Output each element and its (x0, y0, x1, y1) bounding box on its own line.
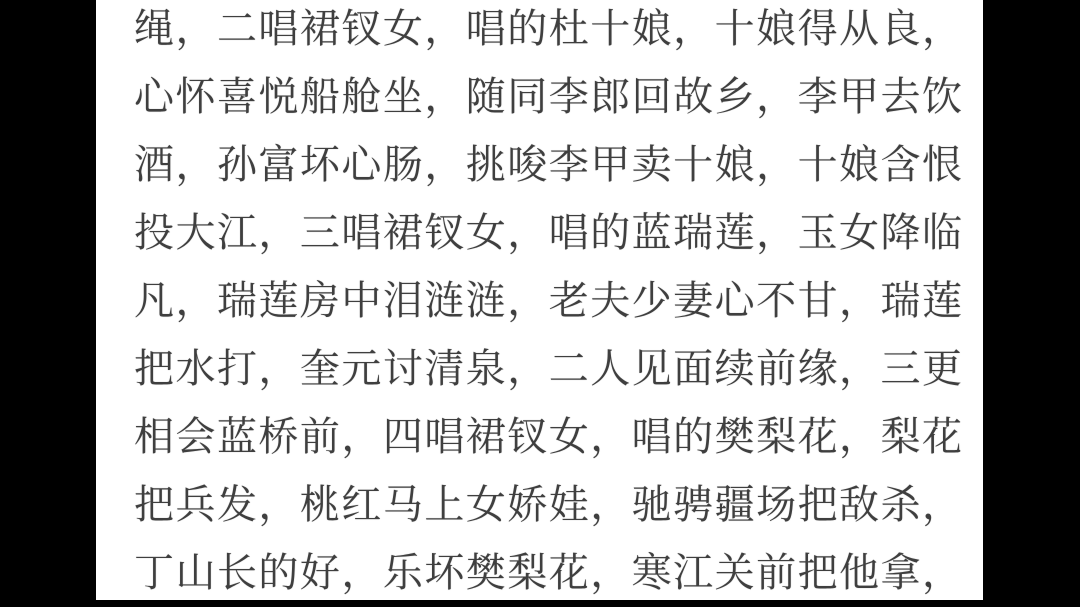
text-line: 心怀喜悦船舱坐，随同李郎回故乡，李甲去饮 (134, 63, 962, 131)
text-line: 凡，瑞莲房中泪涟涟，老夫少妻心不甘，瑞莲 (134, 267, 962, 335)
text-line: 相会蓝桥前，四唱裙钗女，唱的樊梨花，梨花 (134, 403, 962, 471)
text-line: 把水打，奎元讨清泉，二人见面续前缘，三更 (134, 335, 962, 403)
letterbox-right-bar (983, 0, 1080, 607)
text-line: 把兵发，桃红马上女娇娃，驰骋疆场把敌杀， (134, 471, 962, 539)
document-page: 绳，二唱裙钗女，唱的杜十娘，十娘得从良， 心怀喜悦船舱坐，随同李郎回故乡，李甲去… (96, 0, 983, 600)
text-line: 投大江，三唱裙钗女，唱的蓝瑞莲，玉女降临 (134, 199, 962, 267)
letterbox-left-bar (0, 0, 96, 607)
lyrics-text-block: 绳，二唱裙钗女，唱的杜十娘，十娘得从良， 心怀喜悦船舱坐，随同李郎回故乡，李甲去… (134, 0, 962, 600)
text-line: 酒，孙富坏心肠，挑唆李甲卖十娘，十娘含恨 (134, 131, 962, 199)
text-line: 绳，二唱裙钗女，唱的杜十娘，十娘得从良， (134, 0, 962, 63)
text-line: 丁山长的好，乐坏樊梨花，寒江关前把他拿， (134, 539, 962, 600)
video-frame: 绳，二唱裙钗女，唱的杜十娘，十娘得从良， 心怀喜悦船舱坐，随同李郎回故乡，李甲去… (0, 0, 1080, 607)
letterbox-bottom-bar (0, 600, 1080, 607)
